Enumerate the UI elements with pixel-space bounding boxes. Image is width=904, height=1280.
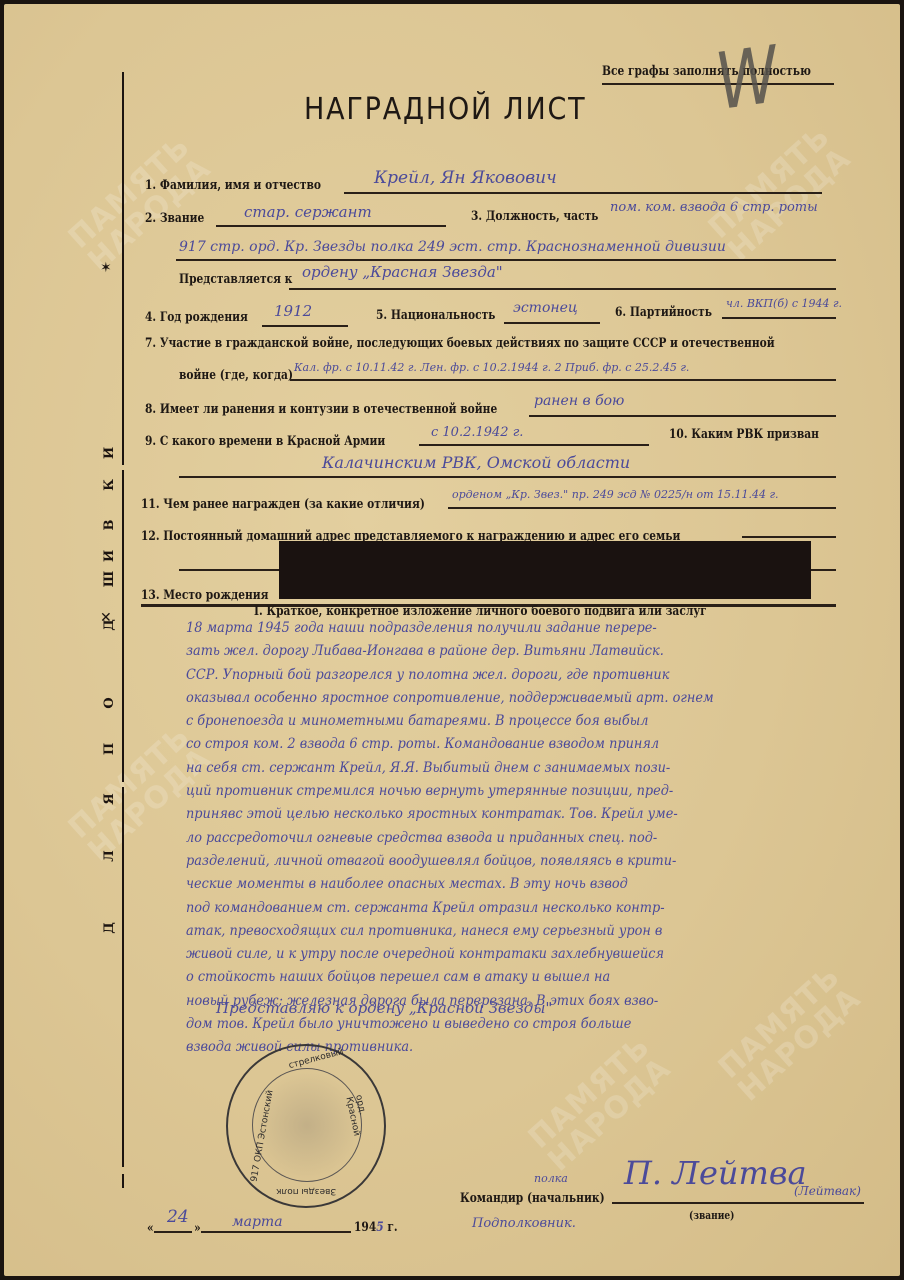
margin-letter: Ш [101, 570, 119, 588]
field-label-nomination: Представляется к [179, 272, 292, 287]
field-label-birth-year: 4. Год рождения [145, 310, 248, 325]
seal-text-top: стрелковый [288, 1047, 345, 1071]
date-year-suffix: 5 [376, 1220, 383, 1235]
narrative-line: ССР. Упорный бой разгорелся у полотна же… [186, 667, 821, 690]
underline [262, 325, 348, 327]
margin-letter: Д [101, 616, 119, 634]
narrative-line: ций противник стремился ночью вернуть ут… [186, 783, 821, 806]
field-label-rank: 2. Звание [145, 211, 204, 226]
field-label-position: 3. Должность, часть [471, 209, 598, 224]
rank-label: (звание) [689, 1209, 734, 1222]
narrative-line: 18 марта 1945 года наши подразделения по… [186, 620, 821, 643]
underline [201, 1231, 351, 1233]
narrative-line: под командованием ст. сержанта Крейл отр… [186, 900, 821, 923]
official-seal: стрелковый 917 ОКП Эстонский орд. Красно… [226, 1044, 386, 1208]
narrative-line: зать жел. дорогу Либава-Ионгава в районе… [186, 643, 821, 666]
narrative-line: на себя ст. сержант Крейл, Я.Я. Выбитый … [186, 760, 821, 783]
narrative-line: ческие моменты в наиболее опасных местах… [186, 876, 821, 899]
underline [448, 507, 836, 509]
field-label-war-participation-2: войне (где, когда) [179, 368, 293, 383]
section-heading: I. Краткое, конкретное изложение личного… [254, 604, 707, 619]
binding-line [122, 470, 124, 782]
instruction-text: Все графы заполнять полностью [602, 64, 811, 79]
underline [289, 288, 836, 290]
margin-letter: Я [101, 790, 119, 808]
date-month: марта [232, 1214, 283, 1230]
narrative-line: ло рассредоточил огневые средства взвода… [186, 830, 821, 853]
field-value-position: пом. ком. взвода 6 стр. роты [610, 200, 818, 215]
commander-unit: полка [534, 1172, 568, 1185]
underline [216, 225, 446, 227]
underline [176, 259, 836, 261]
field-value-nomination: ордену „Красная Звезда" [302, 263, 503, 281]
narrative-line: со строя ком. 2 взвода 6 стр. роты. Кома… [186, 736, 821, 759]
commander-label: Командир (начальник) [460, 1191, 605, 1206]
date-day: 24 [167, 1207, 189, 1227]
field-value-name: Крейл, Ян Яковович [374, 168, 557, 188]
underline [290, 379, 836, 381]
margin-letter: П [101, 740, 119, 758]
commander-signature: П. Лейтва [624, 1154, 807, 1192]
field-value-birth-year: 1912 [274, 302, 312, 320]
recommendation-text: Представляю к ордену „Красной Звезды" [216, 999, 552, 1017]
margin-letter: О [101, 694, 119, 712]
underline [419, 444, 649, 446]
date-year-label: г. [387, 1220, 397, 1235]
field-value-wounds: ранен в бою [534, 393, 624, 409]
narrative-line: с бронепоезда и минометными батареями. В… [186, 713, 821, 736]
field-label-nationality: 5. Национальность [376, 308, 495, 323]
field-label-war-participation: 7. Участие в гражданской войне, последую… [145, 336, 775, 351]
narrative-line: дом тов. Крейл было уничтожено и выведен… [186, 1016, 821, 1039]
underline [742, 536, 836, 538]
underline [154, 1231, 192, 1233]
redaction-bar [279, 541, 811, 599]
narrative-line: оказывал особенно яростное сопротивление… [186, 690, 821, 713]
field-value-prior-awards: орденом „Кр. Звез." пр. 249 эсд № 0225/н… [452, 488, 779, 501]
field-label-party: 6. Партийность [615, 305, 712, 320]
narrative-line: живой силе, и к утру после очередной кон… [186, 946, 821, 969]
document-title: НАГРАДНОЙ ЛИСТ [304, 92, 586, 127]
field-label-birthplace: 13. Место рождения [141, 588, 269, 603]
field-value-war-participation: Кал. фр. с 10.11.42 г. Лен. фр. с 10.2.1… [294, 361, 689, 374]
narrative-text: 18 марта 1945 года наши подразделения по… [186, 620, 876, 1063]
field-label-draft-office: 10. Каким РВК призван [669, 427, 819, 442]
punch-hole-icon: ✶ [100, 260, 112, 277]
watermark: ПАМЯТЬНАРОДА [63, 131, 216, 277]
narrative-line: атак, превосходящих сил противника, нане… [186, 923, 821, 946]
date-year: 1945 г. [354, 1220, 398, 1235]
underline [179, 476, 836, 478]
watermark: ПАМЯТЬНАРОДА [703, 121, 856, 267]
field-value-army-since: с 10.2.1942 г. [431, 425, 523, 440]
date-close-quote: » [194, 1221, 201, 1236]
commander-name: (Лейтвак) [794, 1184, 861, 1198]
field-label-name: 1. Фамилия, имя и отчество [145, 178, 321, 193]
underline [504, 322, 600, 324]
margin-letter: И [101, 444, 119, 462]
margin-letter: Д [101, 919, 119, 937]
narrative-line: принявс этой целью несколько яростных ко… [186, 806, 821, 829]
field-value-draft-office: Калачинским РВК, Омской области [322, 453, 630, 472]
underline [529, 415, 836, 417]
field-label-army-since: 9. С какого времени в Красной Армии [145, 434, 385, 449]
underline [344, 192, 822, 194]
margin-letter: В [101, 516, 119, 534]
binding-line [122, 72, 124, 465]
narrative-line: о стойкость наших бойцов перешел сам в а… [186, 969, 821, 992]
field-label-prior-awards: 11. Чем ранее награжден (за какие отличи… [141, 497, 425, 512]
margin-letter: И [101, 547, 119, 565]
underline [612, 1202, 864, 1204]
commander-rank: Подполковник. [472, 1216, 576, 1231]
field-label-wounds: 8. Имеет ли ранения и контузии в отечест… [145, 402, 497, 417]
field-value-nationality: эстонец [513, 300, 578, 316]
underline [722, 317, 836, 319]
award-sheet: ПАМЯТЬНАРОДА ПАМЯТЬНАРОДА ПАМЯТЬНАРОДА П… [4, 4, 900, 1276]
binding-line [122, 1174, 124, 1188]
margin-letter: К [101, 476, 119, 494]
field-value-unit: 917 стр. орд. Кр. Звезды полка 249 эст. … [179, 239, 726, 255]
seal-text-bottom: Звезды полк [276, 1186, 336, 1196]
margin-letter: Л [101, 847, 119, 865]
field-value-party: чл. ВКП(б) с 1944 г. [726, 297, 842, 310]
binding-line [122, 787, 124, 1167]
date-year-prefix: 194 [354, 1220, 376, 1235]
resolution-mark: W [711, 30, 785, 128]
narrative-line: разделений, личной отвагой воодушевлял б… [186, 853, 821, 876]
date-open-quote: « [147, 1221, 154, 1236]
field-value-rank: стар. сержант [244, 203, 372, 221]
